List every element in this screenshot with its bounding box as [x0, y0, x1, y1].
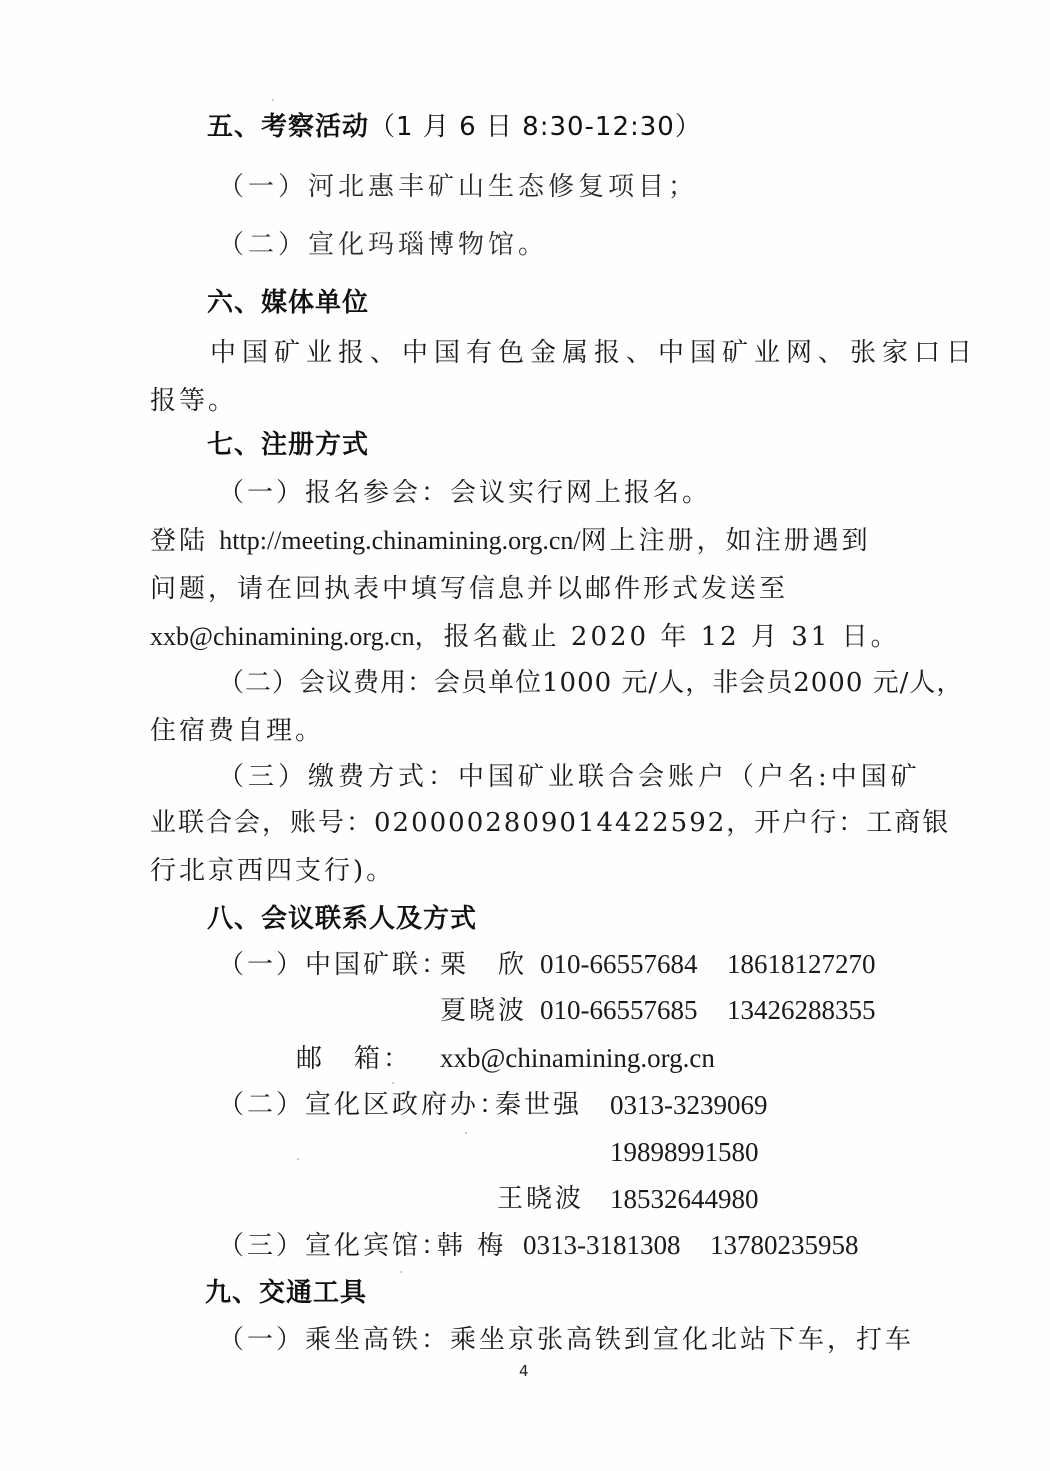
- section-heading-transport: 九、交通工具: [205, 1278, 367, 1308]
- inspection-item-1: （一）河北惠丰矿山生态修复项目；: [218, 172, 698, 202]
- section-heading-media: 六、媒体单位: [207, 288, 369, 318]
- payment-line-2: 业联合会，账号：0200002809014422592，开户行：工商银: [150, 808, 950, 838]
- registration-prefix: 登陆: [150, 526, 208, 556]
- registration-line-3: 问题，请在回执表中填写信息并以邮件形式发送至: [150, 574, 788, 604]
- payment-line-1: （三）缴费方式：中国矿业联合会账户（户名:中国矿: [218, 762, 921, 792]
- fee-line-1: （二）会议费用：会员单位1000 元/人，非会员2000 元/人，: [218, 668, 963, 698]
- scan-speck: [392, 1082, 394, 1084]
- page-number: 4: [519, 1362, 529, 1380]
- contact-email-link[interactable]: xxb@chinamining.org.cn: [440, 1043, 715, 1073]
- registration-email-link[interactable]: xxb@chinamining.org.cn: [150, 622, 415, 651]
- inspection-item-2: （二）宣化玛瑙博物馆。: [218, 230, 548, 260]
- contact-mobile: 18532644980: [610, 1184, 759, 1214]
- contact-name: 夏晓波: [440, 996, 527, 1026]
- section-heading-registration: 七、注册方式: [207, 430, 369, 460]
- contact-name: 秦世强: [495, 1090, 582, 1120]
- scan-speck: [272, 99, 274, 101]
- media-paragraph-line1: 中国矿业报、中国有色金属报、中国矿业网、张家口日: [210, 338, 978, 368]
- registration-line-4: xxb@chinamining.org.cn，报名截止 2020 年 12 月 …: [150, 622, 900, 652]
- contact-mobile: 19898991580: [610, 1137, 759, 1167]
- contact-phone: 0313-3239069: [610, 1090, 768, 1120]
- contact-phone: 010-66557685: [540, 995, 698, 1025]
- document-page: 五、考察活动（1 月 6 日 8:30-12:30） （一）河北惠丰矿山生态修复…: [0, 0, 1050, 1471]
- contact-group-label-3: （三）宣化宾馆：: [218, 1231, 450, 1261]
- email-label: 邮 箱：: [296, 1044, 412, 1074]
- scan-speck: [465, 1132, 467, 1134]
- contact-mobile: 13780235958: [710, 1230, 859, 1260]
- scan-speck: [297, 1158, 299, 1160]
- contact-mobile: 13426288355: [727, 995, 876, 1025]
- contact-name: 韩 梅: [437, 1231, 506, 1261]
- contact-group-label-1: （一）中国矿联：: [218, 950, 450, 980]
- section-heading-inspection: 五、考察活动（1 月 6 日 8:30-12:30）: [207, 112, 702, 142]
- contact-phone: 010-66557684: [540, 949, 698, 979]
- contact-group-label-2: （二）宣化区政府办：: [218, 1090, 508, 1120]
- media-paragraph-line2: 报等。: [150, 386, 237, 416]
- contact-phone: 0313-3181308: [523, 1230, 681, 1260]
- heading-text: 五、考察活动: [207, 112, 369, 142]
- section-heading-contacts: 八、会议联系人及方式: [207, 904, 477, 934]
- contact-name: 王晓波: [497, 1184, 584, 1214]
- heading-time: （1 月 6 日 8:30-12:30）: [369, 112, 702, 142]
- registration-url-link[interactable]: http://meeting.chinamining.org.cn/: [219, 526, 580, 555]
- registration-line-1: （一）报名参会：会议实行网上报名。: [218, 478, 711, 508]
- fee-line-2: 住宿费自理。: [150, 716, 324, 746]
- contact-name: 栗 欣: [440, 950, 527, 980]
- payment-line-3: 行北京西四支行)。: [150, 856, 395, 886]
- registration-line-2: 登陆 http://meeting.chinamining.org.cn/网上注…: [150, 526, 871, 556]
- registration-suffix: 网上注册，如注册遇到: [581, 526, 871, 556]
- scan-speck: [400, 1271, 402, 1273]
- contact-mobile: 18618127270: [727, 949, 876, 979]
- registration-deadline: ，报名截止 2020 年 12 月 31 日。: [415, 622, 900, 652]
- transport-item-1: （一）乘坐高铁：乘坐京张高铁到宣化北站下车，打车: [218, 1325, 914, 1355]
